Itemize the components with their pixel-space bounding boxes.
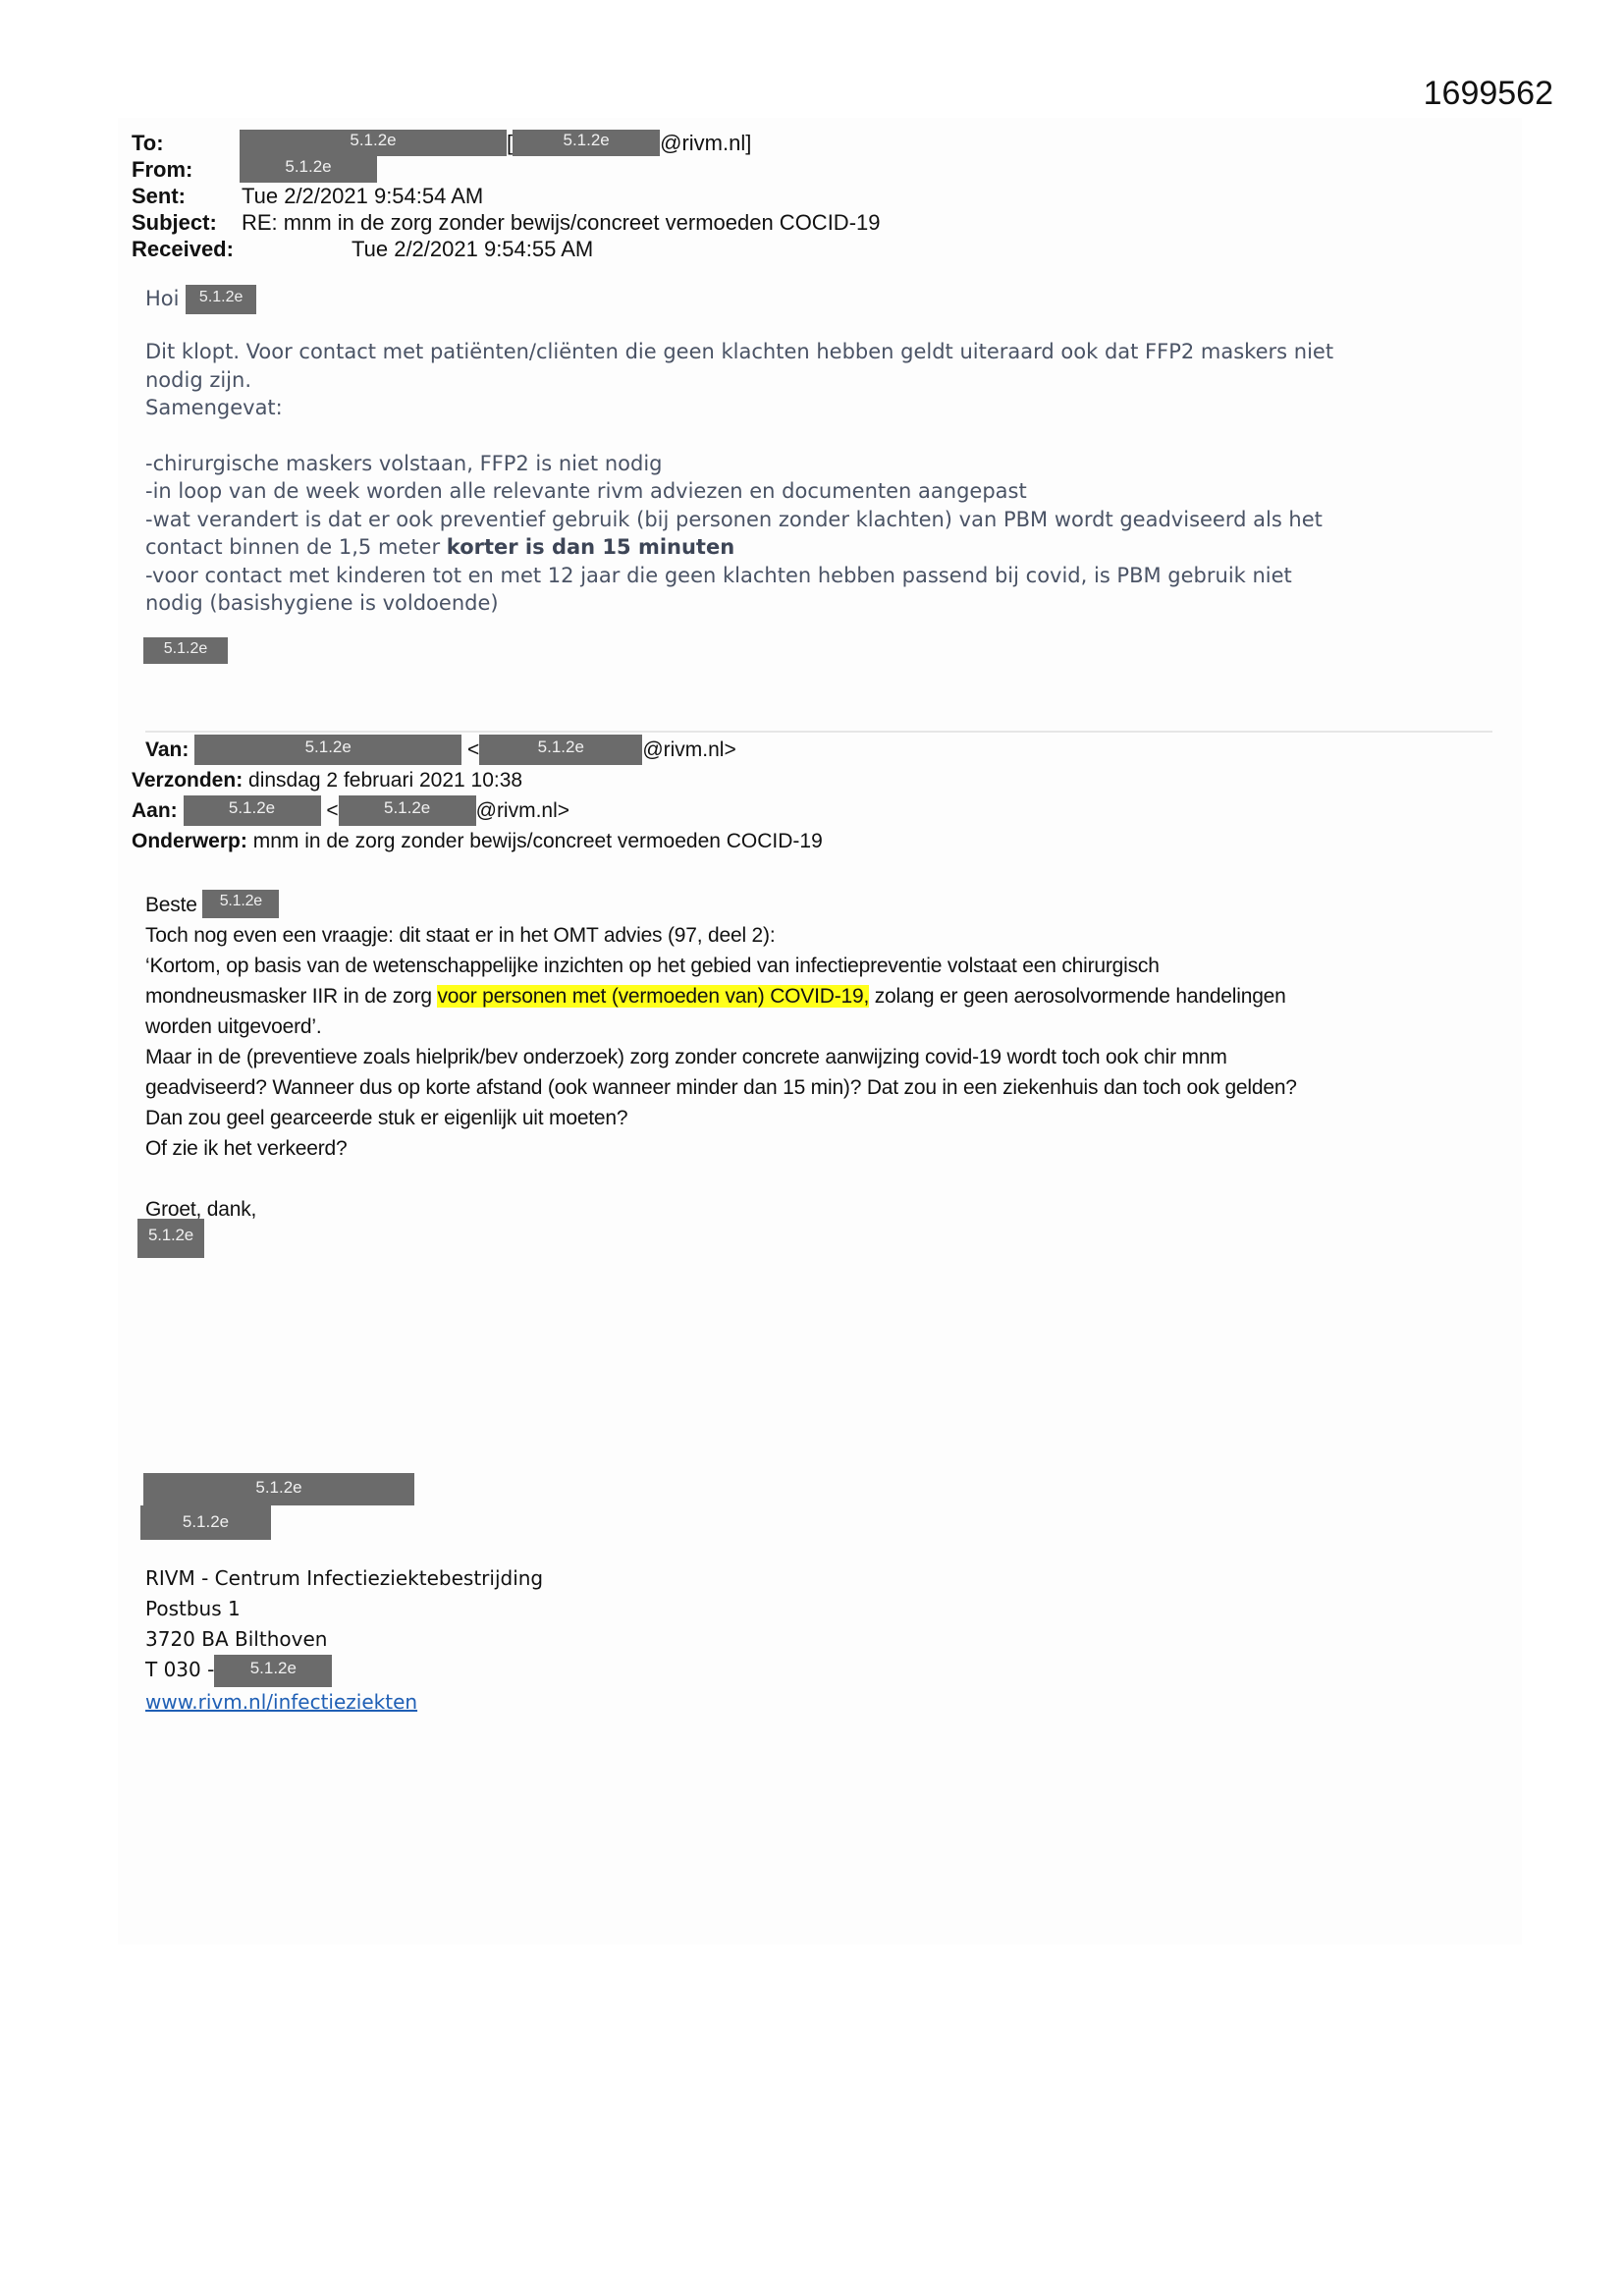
body-line: Of zie ik het verkeerd? <box>145 1133 1520 1164</box>
divider <box>145 731 1492 733</box>
from-label: From: <box>132 156 192 183</box>
body-line: ‘Kortom, op basis van de wetenschappelij… <box>145 951 1520 981</box>
body-line: Toch nog even een vraagje: dit staat er … <box>145 920 1520 951</box>
aan-label: Aan: <box>132 799 178 822</box>
signature-postbus: Postbus 1 <box>145 1594 543 1624</box>
forwarded-header: Van: 5.1.2e <5.1.2e@rivm.nl> Verzonden: … <box>132 735 823 856</box>
body-line: mondneusmasker IIR in de zorg voor perso… <box>145 981 1520 1011</box>
reply-greeting: Hoi <box>145 287 179 310</box>
redaction-box: 5.1.2e <box>240 130 507 156</box>
received-label: Received: <box>132 236 234 262</box>
body-line: worden uitgevoerd’. <box>145 1011 1520 1042</box>
received-value: Tue 2/2/2021 9:54:55 AM <box>352 236 593 262</box>
onderwerp-value: mnm in de zorg zonder bewijs/concreet ve… <box>253 830 823 852</box>
van-row: Van: 5.1.2e <5.1.2e@rivm.nl> <box>132 735 823 765</box>
redaction-box: 5.1.2e <box>202 890 279 918</box>
aan-domain: @rivm.nl> <box>476 799 569 822</box>
redaction-box: 5.1.2e <box>479 735 642 765</box>
redaction-box: 5.1.2e <box>186 285 256 314</box>
redaction-box: 5.1.2e <box>513 130 660 156</box>
closing: Groet, dank, <box>145 1194 1520 1225</box>
redaction-box: 5.1.2e <box>184 795 321 826</box>
redaction-box: 5.1.2e <box>339 795 476 826</box>
van-label: Van: <box>145 738 189 761</box>
verzonden-value: dinsdag 2 februari 2021 10:38 <box>248 769 522 792</box>
signature-org: RIVM - Centrum Infectieziektebestrijding <box>145 1563 543 1594</box>
to-domain: @rivm.nl] <box>660 131 751 155</box>
sent-label: Sent: <box>132 183 186 209</box>
redaction-box: 5.1.2e <box>143 637 228 664</box>
summary-bullet-cont: contact binnen de 1,5 meter korter is da… <box>145 533 1500 562</box>
verzonden-row: Verzonden: dinsdag 2 februari 2021 10:38 <box>132 765 823 795</box>
subject-label: Subject: <box>132 209 217 236</box>
summary-bullet-cont: nodig (basishygiene is voldoende) <box>145 589 1500 618</box>
redaction-box: 5.1.2e <box>214 1655 332 1687</box>
onderwerp-row: Onderwerp: mnm in de zorg zonder bewijs/… <box>132 826 823 856</box>
redaction-box: 5.1.2e <box>143 1473 414 1505</box>
emphasis-text: korter is dan 15 minuten <box>447 535 734 559</box>
rivm-link[interactable]: www.rivm.nl/infectieziekten <box>145 1690 417 1714</box>
aan-row: Aan: 5.1.2e <5.1.2e@rivm.nl> <box>132 795 823 826</box>
document-id: 1699562 <box>1424 75 1553 113</box>
reply-paragraph-cont: nodig zijn. <box>145 366 1500 395</box>
body-line: Dan zou geel gearceerde stuk er eigenlij… <box>145 1103 1520 1133</box>
highlighted-text: voor personen met (vermoeden van) COVID-… <box>437 985 869 1008</box>
signature-phone: T 030 -5.1.2e <box>145 1655 543 1687</box>
signature-city: 3720 BA Bilthoven <box>145 1624 543 1655</box>
summary-label: Samengevat: <box>145 394 1500 422</box>
redaction-box: 5.1.2e <box>240 156 377 183</box>
onderwerp-label: Onderwerp: <box>132 830 247 852</box>
body-line: geadviseerd? Wanneer dus op korte afstan… <box>145 1072 1520 1103</box>
subject-value: RE: mnm in de zorg zonder bewijs/concree… <box>242 209 881 236</box>
redaction-box: 5.1.2e <box>140 1505 271 1540</box>
summary-bullet: -voor contact met kinderen tot en met 12… <box>145 562 1500 590</box>
redaction-box: 5.1.2e <box>137 1219 204 1258</box>
reply-body: Hoi 5.1.2e Dit klopt. Voor contact met p… <box>145 285 1500 665</box>
original-greeting: Beste <box>145 894 197 916</box>
original-body: Beste 5.1.2e Toch nog even een vraagje: … <box>145 890 1520 1258</box>
redaction-box: 5.1.2e <box>194 735 461 765</box>
van-domain: @rivm.nl> <box>642 738 735 761</box>
summary-bullet: -chirurgische maskers volstaan, FFP2 is … <box>145 450 1500 478</box>
sent-value: Tue 2/2/2021 9:54:54 AM <box>242 183 483 209</box>
summary-bullet: -wat verandert is dat er ook preventief … <box>145 506 1500 534</box>
signature: RIVM - Centrum Infectieziektebestrijding… <box>145 1563 543 1718</box>
summary-bullet: -in loop van de week worden alle relevan… <box>145 477 1500 506</box>
to-label: To: <box>132 130 164 156</box>
body-line: Maar in de (preventieve zoals hielprik/b… <box>145 1042 1520 1072</box>
reply-paragraph: Dit klopt. Voor contact met patiënten/cl… <box>145 338 1500 366</box>
verzonden-label: Verzonden: <box>132 769 243 792</box>
